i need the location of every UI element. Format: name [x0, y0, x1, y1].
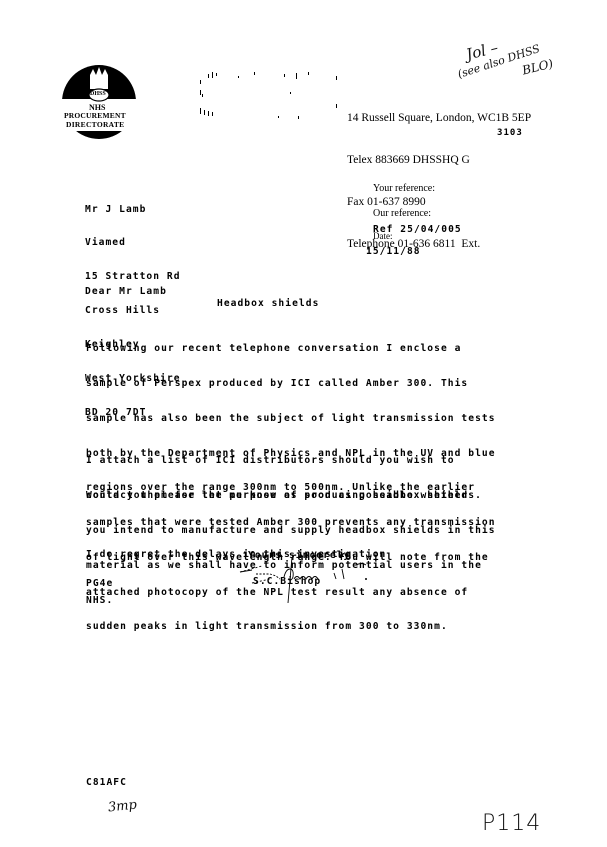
footer-code: C81AFC: [86, 777, 127, 789]
paragraph-line: sudden peaks in light transmission from …: [86, 621, 496, 633]
telex-line: Telex 883669 DHSSHQ G: [347, 153, 531, 167]
recipient-street: 15 Stratton Rd: [85, 271, 181, 282]
recipient-locality: Cross Hills: [85, 305, 181, 316]
our-reference-label: Our reference:: [373, 207, 431, 220]
handwritten-page-number: P114: [482, 811, 541, 836]
recipient-name: Mr J Lamb: [85, 204, 181, 215]
typist-reference: PG4e: [86, 578, 113, 590]
salutation: Dear Mr Lamb: [85, 286, 167, 298]
logo-badge: DHSS: [90, 91, 106, 97]
paragraph-line: sample has also been the subject of ligh…: [86, 413, 496, 425]
paragraph-line: I attach a list of ICI distributors shou…: [86, 455, 482, 467]
date-label: Date:: [373, 230, 393, 243]
recipient-company: Viamed: [85, 237, 181, 248]
handwritten-footer-note: 3mp: [107, 798, 137, 816]
address-line: 14 Russell Square, London, WC1B 5EP: [347, 111, 531, 125]
signatory-name: S.C.Bishop: [253, 576, 321, 588]
logo-line-directorate: DIRECTORATE: [66, 120, 124, 129]
nhs-procurement-crest-icon: [60, 63, 138, 141]
handwritten-note-line3: BLO): [521, 56, 555, 77]
scan-artifact: [196, 68, 346, 128]
your-reference-label: Your reference:: [373, 182, 435, 195]
date-value: 15/11/88: [366, 246, 421, 258]
telephone-extension: 3103: [497, 128, 523, 140]
subject-line: Headbox shields: [217, 298, 319, 310]
paragraph-line: Following our recent telephone conversat…: [86, 343, 496, 355]
paragraph-line: sample of Perspex produced by ICI called…: [86, 378, 496, 390]
paragraph-line: Would you please let me know as soon as …: [86, 490, 496, 502]
logo-line-procurement: PROCUREMENT: [64, 111, 126, 120]
